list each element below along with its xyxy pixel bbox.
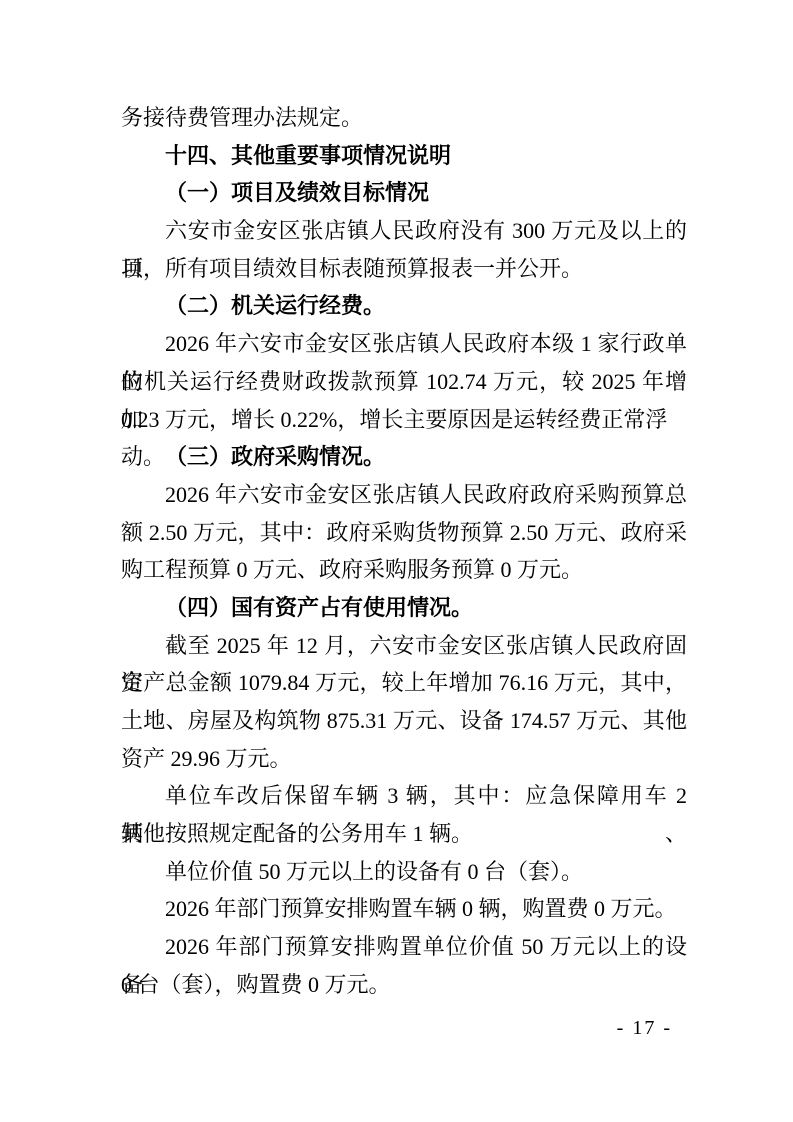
section-3-paragraph-line: 2026 年六安市金安区张店镇人民政府政府采购预算总	[121, 476, 687, 514]
section-3-paragraph-line: 购工程预算 0 万元、政府采购服务预算 0 万元。	[121, 551, 687, 589]
document-content: 务接待费管理办法规定。 十四、其他重要事项情况说明 （一）项目及绩效目标情况 六…	[121, 99, 687, 1004]
section-3-paragraph-line: 额 2.50 万元，其中：政府采购货物预算 2.50 万元、政府采	[121, 514, 687, 552]
section-4-paragraph-line: 截至 2025 年 12 月，六安市金安区张店镇人民政府固定	[121, 627, 687, 665]
section-2-paragraph-line: 0.23 万元，增长 0.22%，增长主要原因是运转经费正常浮动。	[121, 401, 687, 439]
section-4-paragraph-line: 资产总金额 1079.84 万元，较上年增加 76.16 万元，其中，	[121, 664, 687, 702]
section-2-paragraph-line: 2026 年六安市金安区张店镇人民政府本级 1 家行政单位	[121, 325, 687, 363]
section-4-paragraph-line: 土地、房屋及构筑物 875.31 万元、设备 174.57 万元、其他	[121, 702, 687, 740]
section-1-heading: （一）项目及绩效目标情况	[121, 174, 687, 212]
section-4-paragraph-line: 2026 年部门预算安排购置车辆 0 辆，购置费 0 万元。	[121, 890, 687, 928]
section-4-paragraph-line: 单位车改后保留车辆 3 辆，其中：应急保障用车 2 辆、	[121, 777, 687, 815]
document-page: 务接待费管理办法规定。 十四、其他重要事项情况说明 （一）项目及绩效目标情况 六…	[0, 0, 793, 1122]
section-4-heading: （四）国有资产占有使用情况。	[121, 589, 687, 627]
section-4-paragraph-line: 0 台（套），购置费 0 万元。	[121, 966, 687, 1004]
section-4-paragraph-line: 单位价值 50 万元以上的设备有 0 台（套）。	[121, 853, 687, 891]
section-2-heading: （二）机关运行经费。	[121, 287, 687, 325]
section-2-paragraph-line: 的机关运行经费财政拨款预算 102.74 万元，较 2025 年增加	[121, 363, 687, 401]
page-number: - 17 -	[617, 1017, 672, 1039]
chapter-heading: 十四、其他重要事项情况说明	[121, 137, 687, 175]
carryover-paragraph-line: 务接待费管理办法规定。	[121, 99, 687, 137]
section-4-paragraph-line: 2026 年部门预算安排购置单位价值 50 万元以上的设备	[121, 928, 687, 966]
section-1-paragraph-line: 六安市金安区张店镇人民政府没有 300 万元及以上的项	[121, 212, 687, 250]
section-1-paragraph-line: 目，所有项目绩效目标表随预算报表一并公开。	[121, 250, 687, 288]
section-4-paragraph-line: 资产 29.96 万元。	[121, 740, 687, 778]
section-3-heading: （三）政府采购情况。	[121, 438, 687, 476]
